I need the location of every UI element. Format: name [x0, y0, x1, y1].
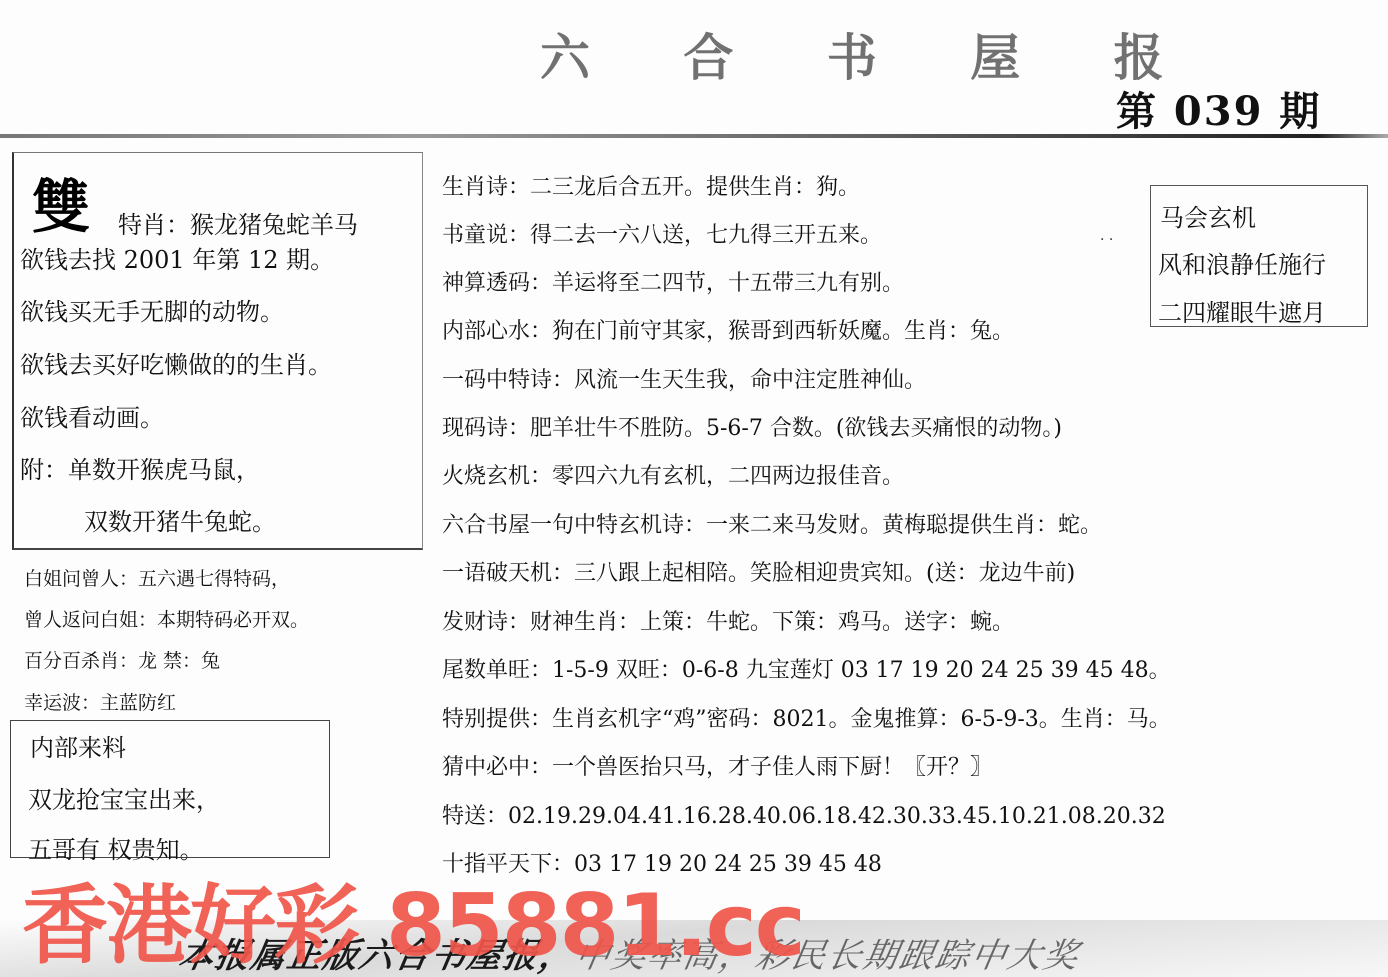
special-numbers-line: 特送：02.19.29.04.41.16.28.40.06.18.42.30.3…: [442, 799, 1166, 830]
tail-number-line: 尾数单旺：1-5-9 双旺：0-6-8 九宝莲灯 03 17 19 20 24 …: [442, 653, 1171, 684]
right-box-line: 风和浪静任施行: [1158, 245, 1326, 280]
current-code-poem-line: 现码诗：肥羊壮牛不胜防。5-6-7 合数。(欲钱去买痛恨的动物。): [442, 411, 1062, 442]
right-box-line: 二四耀眼牛遮月: [1158, 293, 1326, 328]
book-boy-line: 书童说：得二去一六八送，七九得三开五来。: [442, 218, 882, 249]
appendix-line: 附：单数开猴虎马鼠，: [20, 450, 260, 485]
header-divider: [0, 134, 1388, 138]
clue-line: 欲钱去找 2001 年第 12 期。: [20, 240, 334, 275]
guess-line: 猜中必中：一个兽医抬只马，才子佳人雨下厨！〖开？〗: [442, 750, 992, 781]
zodiac-poem-line: 生肖诗：二三龙后合五开。提供生肖：狗。: [442, 170, 860, 201]
watermark-text: 香港好彩 85881.cc: [22, 856, 804, 977]
lucky-wave-line: 幸运波：主蓝防红: [24, 688, 176, 715]
inside-tip-line: 内部心水：狗在门前守其家，猴哥到西斩妖魔。生肖：兔。: [442, 314, 1014, 345]
decorative-dots: . .: [1100, 228, 1113, 244]
clue-line: 欲钱买无手无脚的动物。: [20, 292, 284, 327]
inside-info-title: 内部来料: [30, 728, 126, 763]
issue-number: 第 039 期: [1116, 80, 1321, 137]
special-zodiac-line: 特肖：猴龙猪兔蛇羊马: [118, 205, 358, 240]
bookhouse-poem-line: 六合书屋一句中特玄机诗：一来二来马发财。黄梅聪提供生肖：蛇。: [442, 508, 1102, 539]
clue-line: 欲钱看动画。: [20, 398, 164, 433]
kill-zodiac-line: 百分百杀肖：龙 禁：兔: [24, 646, 220, 673]
fortune-poem-line: 发财诗：财神生肖：上策：牛蛇。下策：鸡马。送字：蜿。: [442, 605, 1014, 636]
double-character-emblem: 雙: [32, 160, 90, 244]
appendix-line: 双数开猪牛兔蛇。: [84, 502, 276, 537]
clue-line: 欲钱去买好吃懒做的的生肖。: [20, 345, 332, 380]
masthead-title: 六 合 书 屋 报: [540, 18, 1202, 90]
right-box-title: 马会玄机: [1160, 198, 1256, 233]
fire-mystery-line: 火烧玄机：零四六九有玄机，二四两边报佳音。: [442, 459, 904, 490]
inside-info-line: 双龙抢宝宝出来，: [28, 780, 220, 815]
one-code-poem-line: 一码中特诗：风流一生天生我，命中注定胜神仙。: [442, 363, 926, 394]
dialog-line: 曾人返问白姐：本期特码必开双。: [24, 605, 309, 632]
dialog-line: 白姐问曾人：五六遇七得特码，: [24, 564, 290, 591]
divine-code-line: 神算透码：羊运将至二四节，十五带三九有别。: [442, 266, 904, 297]
special-offer-line: 特别提供：生肖玄机字“鸡”密码：8021。金鬼推算：6-5-9-3。生肖：马。: [442, 702, 1171, 733]
reveal-line: 一语破天机：三八跟上起相陪。笑脸相迎贵宾知。(送：龙边牛前): [442, 556, 1075, 587]
